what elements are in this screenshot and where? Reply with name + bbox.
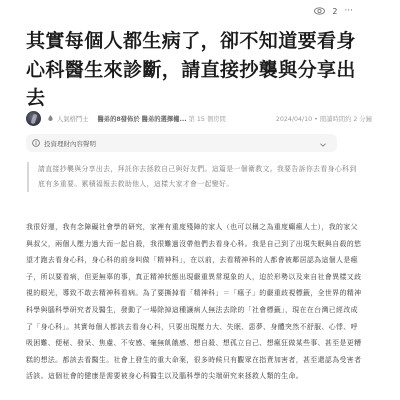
collection-link[interactable]: 醫弟的選擇權...	[142, 114, 187, 123]
room-label: 第 15 個房間	[189, 114, 226, 123]
read-time: 閱讀時間約 2 分鐘	[320, 116, 372, 123]
article-meta: 人氣格鬥士 醫弟的8發佈於 醫弟的選擇權... 第 15 個房間 2024/04…	[26, 110, 386, 126]
article-title: 其實每個人都生病了，卻不知道要看身心科醫生來診斷，請直接抄襲與分享出去	[26, 27, 366, 113]
disclaimer-label: 投資理財內容聲明	[44, 139, 320, 148]
info-circle-icon	[32, 139, 40, 147]
publisher-name[interactable]: 醫弟的8發佈於	[97, 114, 139, 123]
article-body-paragraph: 我很好運，我有念障礙社會學的研究，家裡有重度殘障的家人（也可以稱之為重度癲瘋人士…	[26, 219, 364, 385]
publish-date: 2024/04/10	[276, 116, 312, 123]
article-blockquote: 請直接抄襲與分享出去，拜託你去拯救自己與好友們。這篇是一個衛教文。我要告訴你去看…	[27, 162, 357, 192]
top-toolbar: 2 ···	[314, 4, 353, 18]
disclaimer-accordion[interactable]: 投資理財內容聲明	[26, 134, 337, 152]
view-count: 2	[332, 7, 337, 16]
drop-icon	[48, 115, 53, 121]
more-options-button[interactable]: ···	[344, 7, 353, 15]
publish-info: 2024/04/10 • 閱讀時間約 2 分鐘	[276, 114, 372, 123]
eye-icon	[314, 7, 325, 15]
meta-separator: •	[314, 116, 318, 123]
avatar[interactable]	[26, 111, 41, 126]
author-name[interactable]: 人氣格鬥士	[57, 114, 88, 123]
chevron-down-icon[interactable]	[320, 141, 326, 145]
